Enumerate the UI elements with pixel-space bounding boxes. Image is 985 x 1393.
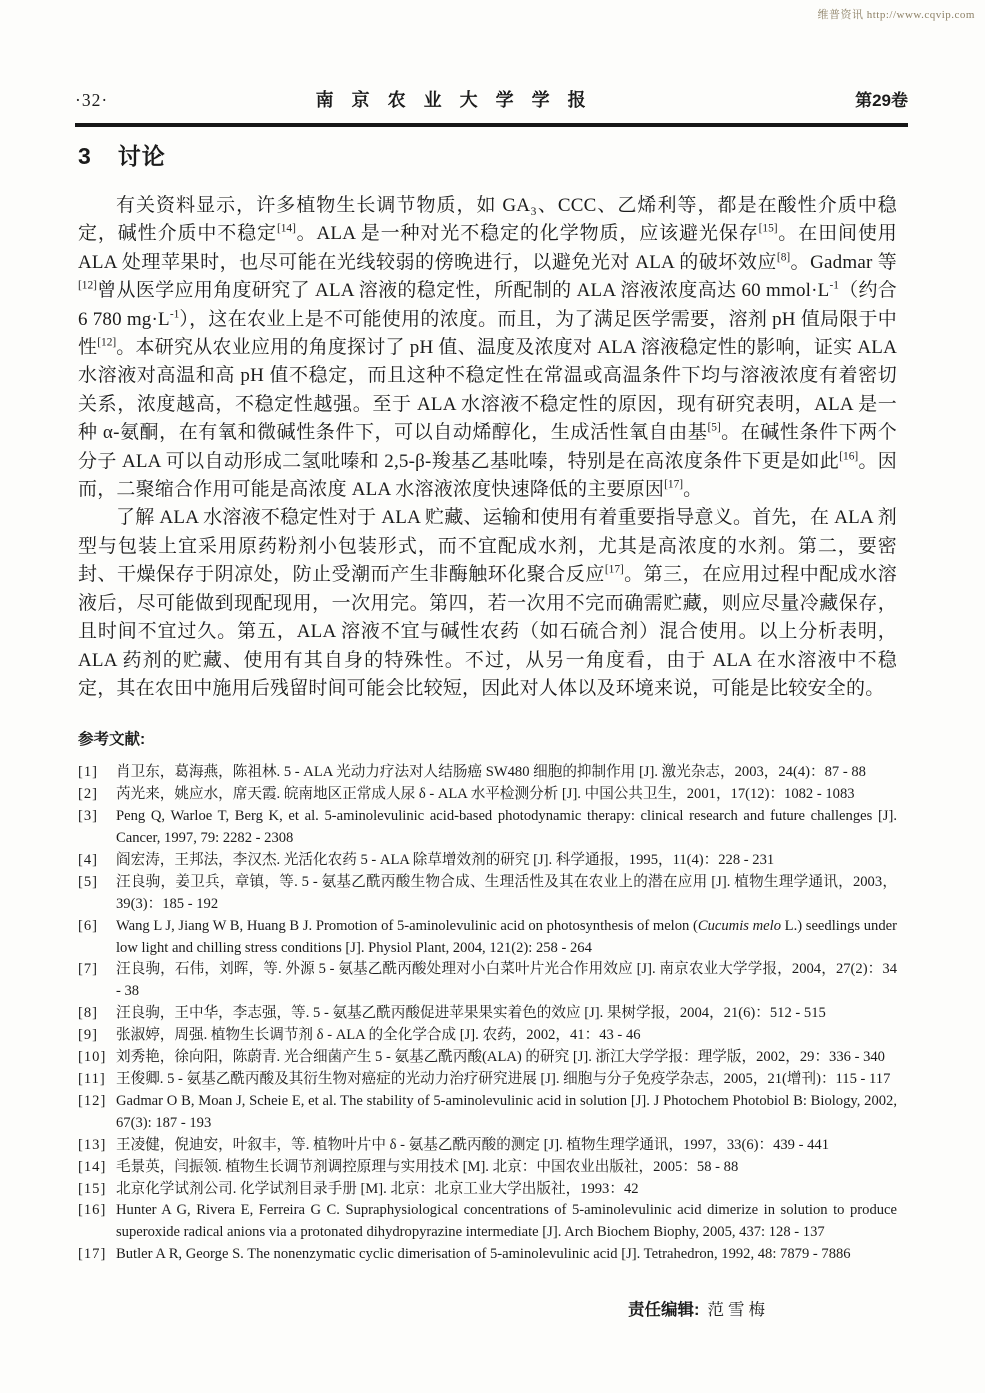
reference-item: [7] 汪良驹，石伟，刘晖，等. 外源 5 - 氨基乙酰丙酸处理对小白菜叶片光合… <box>78 959 897 1003</box>
reference-number: [9] <box>78 1025 112 1047</box>
reference-text: Hunter A G, Rivera E, Ferreira G C. Supr… <box>116 1202 897 1240</box>
reference-item: [2] 芮光来，姚应水，席天霞. 皖南地区正常成人尿 δ - ALA 水平检测分… <box>78 784 897 806</box>
reference-text: 王俊卿. 5 - 氨基乙酰丙酸及其衍生物对癌症的光动力治疗研究进展 [J]. 细… <box>116 1071 890 1087</box>
reference-item: [1] 肖卫东，葛海燕，陈祖林. 5 - ALA 光动力疗法对人结肠癌 SW48… <box>78 762 897 784</box>
reference-text: 肖卫东，葛海燕，陈祖林. 5 - ALA 光动力疗法对人结肠癌 SW480 细胞… <box>116 764 866 780</box>
reference-number: [4] <box>78 850 112 872</box>
reference-text: 汪良驹，王中华，李志强，等. 5 - 氨基乙酰丙酸促进苹果果实着色的效应 [J]… <box>116 1005 826 1021</box>
page-number: ·32· <box>75 90 108 111</box>
reference-number: [14] <box>78 1157 112 1179</box>
reference-text: 张淑婷，周强. 植物生长调节剂 δ - ALA 的全化学合成 [J]. 农药，2… <box>116 1027 641 1043</box>
reference-item: [12] Gadmar O B, Moan J, Scheie E, et al… <box>78 1091 897 1135</box>
reference-item: [14] 毛景英，闫振领. 植物生长调节剂调控原理与实用技术 [M]. 北京：中… <box>78 1157 897 1179</box>
reference-number: [17] <box>78 1244 112 1266</box>
reference-text: 毛景英，闫振领. 植物生长调节剂调控原理与实用技术 [M]. 北京：中国农业出版… <box>116 1159 738 1175</box>
journal-title: 南 京 农 业 大 学 学 报 <box>316 86 588 112</box>
journal-page: 维普资讯 http://www.cqvip.com ·32· 南 京 农 业 大… <box>0 0 985 1393</box>
reference-number: [7] <box>78 959 112 981</box>
reference-number: [1] <box>78 762 112 784</box>
reference-text: Wang L J, Jiang W B, Huang B J. Promotio… <box>116 918 897 956</box>
reference-item: [5] 汪良驹，姜卫兵，章镇，等. 5 - 氨基乙酰丙酸生物合成、生理活性及其在… <box>78 872 897 916</box>
reference-text: 汪良驹，姜卫兵，章镇，等. 5 - 氨基乙酰丙酸生物合成、生理活性及其在农业上的… <box>116 874 897 912</box>
cqvip-watermark: 维普资讯 http://www.cqvip.com <box>817 6 975 22</box>
reference-number: [13] <box>78 1135 112 1157</box>
reference-number: [2] <box>78 784 112 806</box>
reference-number: [15] <box>78 1179 112 1201</box>
reference-text: 阎宏涛，王邦法，李汉杰. 光活化农药 5 - ALA 除草增效剂的研究 [J].… <box>116 852 774 868</box>
reference-item: [8] 汪良驹，王中华，李志强，等. 5 - 氨基乙酰丙酸促进苹果果实着色的效应… <box>78 1003 897 1025</box>
discussion-paragraph-2: 了解 ALA 水溶液不稳定性对于 ALA 贮藏、运输和使用有着重要指导意义。首先… <box>78 504 897 703</box>
reference-item: [9] 张淑婷，周强. 植物生长调节剂 δ - ALA 的全化学合成 [J]. … <box>78 1025 897 1047</box>
reference-text: 刘秀艳，徐向阳，陈蔚青. 光合细菌产生 5 - 氨基乙酰丙酸(ALA) 的研究 … <box>116 1049 885 1065</box>
reference-text: 汪良驹，石伟，刘晖，等. 外源 5 - 氨基乙酰丙酸处理对小白菜叶片光合作用效应… <box>116 961 897 999</box>
page-content: 3讨论 有关资料显示，许多植物生长调节物质，如 GA₃、CCC、乙烯利等，都是在… <box>78 138 897 1320</box>
page-footer: 责任编辑:范雪梅 <box>78 1296 897 1320</box>
reference-number: [8] <box>78 1003 112 1025</box>
reference-item: [17] Butler A R, George S. The nonenzyma… <box>78 1244 897 1266</box>
reference-item: [6] Wang L J, Jiang W B, Huang B J. Prom… <box>78 916 897 960</box>
reference-item: [13] 王凌健，倪迪安，叶叙丰，等. 植物叶片中 δ - 氨基乙酰丙酸的测定 … <box>78 1135 897 1157</box>
reference-text: Butler A R, George S. The nonenzymatic c… <box>116 1246 851 1262</box>
reference-item: [16] Hunter A G, Rivera E, Ferreira G C.… <box>78 1200 897 1244</box>
editor-name: 范雪梅 <box>708 1300 770 1319</box>
reference-number: [10] <box>78 1047 112 1069</box>
volume-number: 第29卷 <box>855 86 908 111</box>
reference-list: [1] 肖卫东，葛海燕，陈祖林. 5 - ALA 光动力疗法对人结肠癌 SW48… <box>78 762 897 1266</box>
section-title: 讨论 <box>118 143 166 169</box>
reference-number: [3] <box>78 806 112 828</box>
reference-text: 王凌健，倪迪安，叶叙丰，等. 植物叶片中 δ - 氨基乙酰丙酸的测定 [J]. … <box>116 1137 829 1153</box>
reference-text: Gadmar O B, Moan J, Scheie E, et al. The… <box>116 1093 897 1131</box>
reference-number: [6] <box>78 916 112 938</box>
reference-text: Peng Q, Warloe T, Berg K, et al. 5-amino… <box>116 808 897 846</box>
reference-number: [16] <box>78 1200 112 1222</box>
page-header: ·32· 南 京 农 业 大 学 学 报 第29卷 <box>75 86 908 127</box>
editor-label: 责任编辑: <box>628 1301 700 1319</box>
reference-number: [5] <box>78 872 112 894</box>
reference-text: 芮光来，姚应水，席天霞. 皖南地区正常成人尿 δ - ALA 水平检测分析 [J… <box>116 786 855 802</box>
reference-item: [10] 刘秀艳，徐向阳，陈蔚青. 光合细菌产生 5 - 氨基乙酰丙酸(ALA)… <box>78 1047 897 1069</box>
discussion-paragraph-1: 有关资料显示，许多植物生长调节物质，如 GA₃、CCC、乙烯利等，都是在酸性介质… <box>78 192 897 504</box>
reference-number: [12] <box>78 1091 112 1113</box>
reference-item: [4] 阎宏涛，王邦法，李汉杰. 光活化农药 5 - ALA 除草增效剂的研究 … <box>78 850 897 872</box>
references-heading: 参考文献: <box>78 727 897 749</box>
reference-item: [11] 王俊卿. 5 - 氨基乙酰丙酸及其衍生物对癌症的光动力治疗研究进展 [… <box>78 1069 897 1091</box>
reference-number: [11] <box>78 1069 112 1091</box>
reference-text: 北京化学试剂公司. 化学试剂目录手册 [M]. 北京：北京工业大学出版社，199… <box>116 1181 639 1197</box>
reference-item: [15] 北京化学试剂公司. 化学试剂目录手册 [M]. 北京：北京工业大学出版… <box>78 1179 897 1201</box>
section-heading: 3讨论 <box>78 138 897 171</box>
reference-item: [3] Peng Q, Warloe T, Berg K, et al. 5-a… <box>78 806 897 850</box>
section-number: 3 <box>78 143 92 169</box>
